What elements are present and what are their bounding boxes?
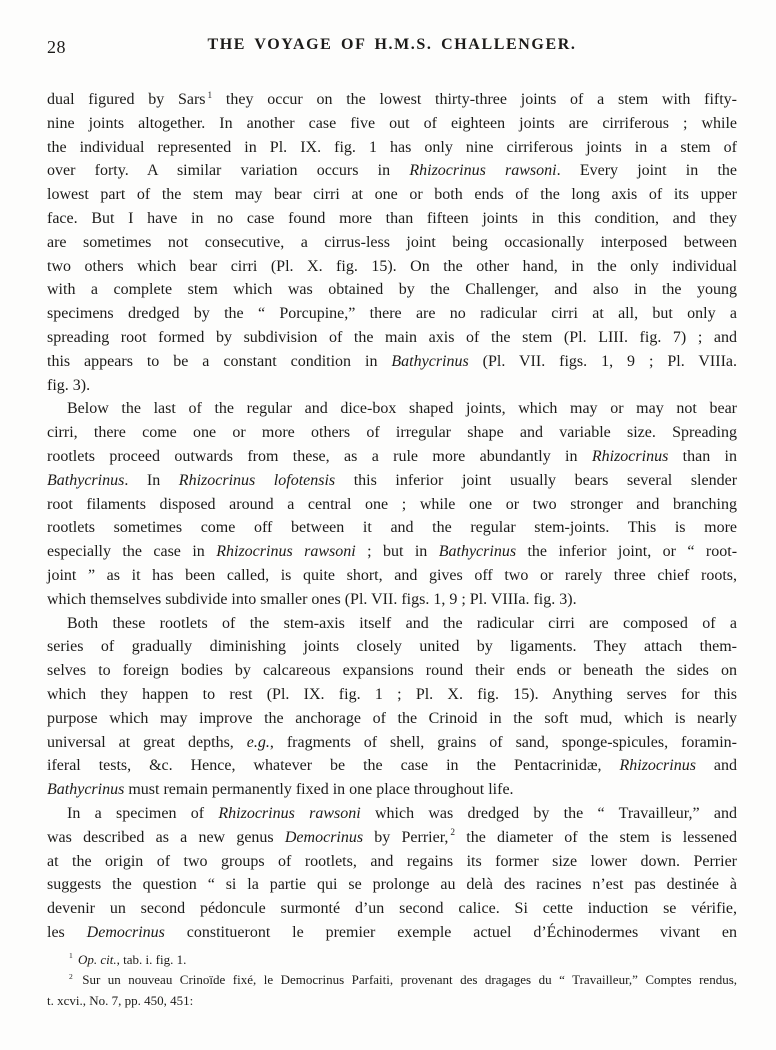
- footnotes: 1 Op. cit., tab. i. fig. 1.2 Sur un nouv…: [47, 950, 737, 1012]
- page-body: dual figured by Sars1 they occur on the …: [47, 88, 737, 945]
- text-line: cirri, there come one or more others of …: [47, 421, 737, 445]
- footnote-line: 1 Op. cit., tab. i. fig. 1.: [47, 950, 737, 971]
- book-page: 28 THE VOYAGE OF H.M.S. CHALLENGER. dual…: [0, 0, 776, 1050]
- text-line: Bathycrinus must remain permanently fixe…: [47, 778, 737, 802]
- text-line: this appears to be a constant condition …: [47, 350, 737, 374]
- text-line: over forty. A similar variation occurs i…: [47, 159, 737, 183]
- text-line: Both these rootlets of the stem-axis its…: [47, 612, 737, 636]
- text-line: which themselves subdivide into smaller …: [47, 588, 737, 612]
- text-line: fig. 3).: [47, 374, 737, 398]
- text-line: universal at great depths, e.g., fragmen…: [47, 731, 737, 755]
- text-line: series of gradually diminishing joints c…: [47, 635, 737, 659]
- text-line: the individual represented in Pl. IX. fi…: [47, 136, 737, 160]
- text-line: especially the case in Rhizocrinus rawso…: [47, 540, 737, 564]
- text-line: spreading root formed by subdivision of …: [47, 326, 737, 350]
- paragraph: Both these rootlets of the stem-axis its…: [47, 612, 737, 802]
- text-line: joint ” as it has been called, is quite …: [47, 564, 737, 588]
- page-header: 28 THE VOYAGE OF H.M.S. CHALLENGER.: [47, 36, 737, 58]
- text-line: Bathycrinus. In Rhizocrinus lofotensis t…: [47, 469, 737, 493]
- running-title: THE VOYAGE OF H.M.S. CHALLENGER.: [47, 36, 737, 54]
- text-line: face. But I have in no case found more t…: [47, 207, 737, 231]
- text-line: rootlets sometimes come off between it a…: [47, 516, 737, 540]
- footnote-line: 2 Sur un nouveau Crinoïde fixé, le Democ…: [47, 970, 737, 991]
- text-line: root filaments disposed around a central…: [47, 493, 737, 517]
- text-line: specimens dredged by the “ Porcupine,” t…: [47, 302, 737, 326]
- text-line: suggests the question “ si la partie qui…: [47, 873, 737, 897]
- paragraph: Below the last of the regular and dice-b…: [47, 397, 737, 611]
- text-line: with a complete stem which was obtained …: [47, 278, 737, 302]
- text-line: purpose which may improve the anchorage …: [47, 707, 737, 731]
- text-line: iferal tests, &c. Hence, whatever be the…: [47, 754, 737, 778]
- footnote-line: t. xcvi., No. 7, pp. 450, 451:: [47, 991, 737, 1012]
- text-line: In a specimen of Rhizocrinus rawsoni whi…: [47, 802, 737, 826]
- text-line: Below the last of the regular and dice-b…: [47, 397, 737, 421]
- text-line: was described as a new genus Democrinus …: [47, 826, 737, 850]
- text-line: nine joints altogether. In another case …: [47, 112, 737, 136]
- page-number: 28: [47, 37, 66, 58]
- text-line: les Democrinus constitueront le premier …: [47, 921, 737, 945]
- paragraph: dual figured by Sars1 they occur on the …: [47, 88, 737, 397]
- paragraph: In a specimen of Rhizocrinus rawsoni whi…: [47, 802, 737, 945]
- text-line: rootlets proceed outwards from these, as…: [47, 445, 737, 469]
- text-line: are sometimes not consecutive, a cirrus-…: [47, 231, 737, 255]
- text-line: two others which bear cirri (Pl. X. fig.…: [47, 255, 737, 279]
- text-line: lowest part of the stem may bear cirri a…: [47, 183, 737, 207]
- text-line: selves to foreign bodies by calcareous e…: [47, 659, 737, 683]
- text-line: at the origin of two groups of rootlets,…: [47, 850, 737, 874]
- text-line: dual figured by Sars1 they occur on the …: [47, 88, 737, 112]
- text-line: which they happen to rest (Pl. IX. fig. …: [47, 683, 737, 707]
- text-line: devenir un second pédoncule surmonté d’u…: [47, 897, 737, 921]
